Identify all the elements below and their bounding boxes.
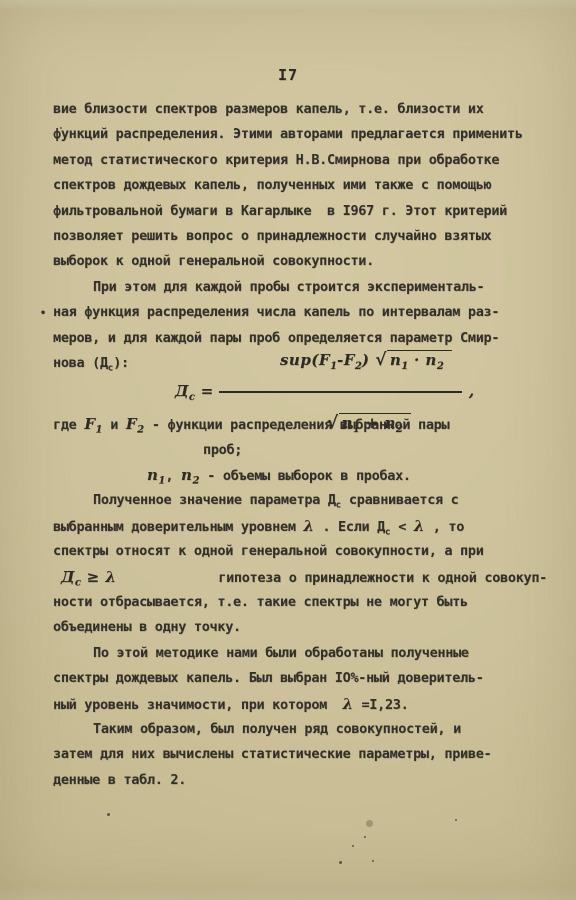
text-line: выборок к одной генеральной совокупности… [53,249,576,274]
formula-suffix: , [469,381,475,401]
paper-speck [107,813,110,816]
text-line: По этой методике нами были обработаны по… [93,641,576,666]
formula-numerator: sup(F1-F2) √n1 · n2 [219,332,462,393]
text-line: фильтровальной бумаги в Кагарлыке в I967… [53,199,576,224]
numerator-sqrt: √n1 · n2 [375,351,452,369]
paper-smudge [366,820,373,827]
text-line: выбранным доверительным уровнем λ . Если… [53,514,576,539]
text-line: затем для них вычислены статистические п… [53,742,576,767]
text-line: ный уровень значимости, при котором λ =I… [53,692,576,717]
text-line: Полученное значение параметра Дс сравнив… [93,488,576,513]
text-line: позволяет решить вопрос о принадлежности… [53,224,576,249]
text-line: спектры относят к одной генеральной сово… [53,539,576,564]
radical-sign-icon: √ [375,350,387,370]
text-line: метод статистического критерия Н.В.Смирн… [53,148,576,173]
text-line: спектров дождевых капель, полученных ими… [53,173,576,198]
page-number: I7 [0,0,576,84]
text-line: •ная функция распределения числа капель … [40,300,576,325]
text-line: вие близости спектров размеров капель, т… [53,97,576,122]
formula-numerator-prefix: sup(F1-F2) [280,351,375,369]
text-line: объединены в одну точку. [53,615,576,640]
paper-speck [352,845,354,847]
text-line: Дс ≥ λ гипотеза о принадлежности к одной… [61,565,576,590]
paper-speck [455,819,457,821]
text-line: денные в табл. 2. [53,768,576,793]
scanned-page: I7 вие близости спектров размеров капель… [0,0,576,900]
paper-speck [60,127,62,129]
paper-speck [364,836,366,838]
text-line: При этом для каждой пробы строится экспе… [93,275,576,300]
smirnov-formula: Дс = sup(F1-F2) √n1 · n2 √n1 + n2 , [175,370,576,412]
formula-lhs: Дс = [175,382,214,400]
text-line: Таким образом, был получен ряд совокупно… [93,717,576,742]
paper-speck [372,860,374,862]
text-line: n1, n2 - объемы выборок в пробах. [147,463,576,488]
text-line: где F1 и F2 - функции распределения выбр… [53,412,576,437]
text-line: спектры дождевых капель. Был выбран IО%-… [53,666,576,691]
text-line: функций распределения. Этими авторами пр… [53,122,576,147]
text-after-formula: где F1 и F2 - функции распределения выбр… [53,412,576,793]
formula-num-radicand: n1 · n2 [387,350,452,369]
text-line: ности отбрасывается, т.е. такие спектры … [53,590,576,615]
body-text: вие близости спектров размеров капель, т… [53,97,576,793]
paper-speck [339,861,342,864]
